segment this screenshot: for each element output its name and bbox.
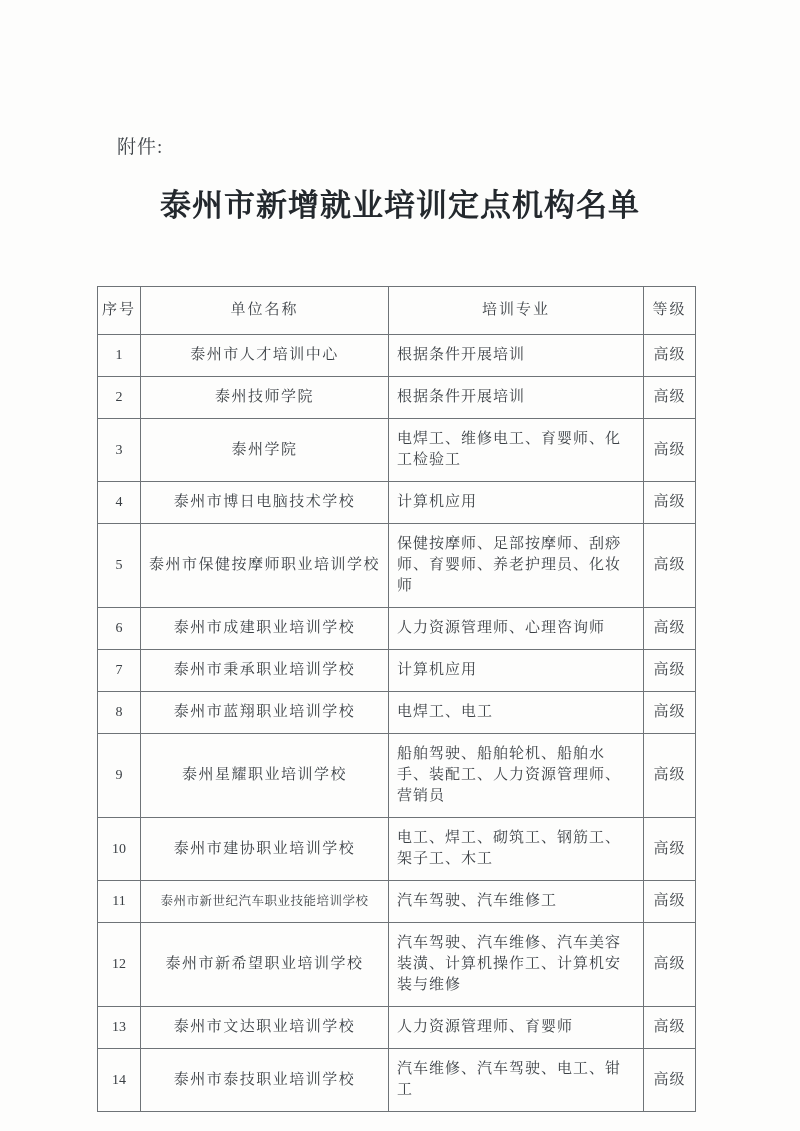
row-12-majors: 汽车驾驶、汽车维修、汽车美容装潢、计算机操作工、计算机安装与维修	[389, 923, 644, 1007]
row-11-no: 11	[98, 881, 141, 923]
row-9-majors: 船舶驾驶、船舶轮机、船舶水手、装配工、人力资源管理师、营销员	[389, 734, 644, 818]
row-12-no: 12	[98, 923, 141, 1007]
row-5-no: 5	[98, 524, 141, 608]
table-row: 3泰州学院电焊工、维修电工、育婴师、化工检验工高级	[98, 419, 696, 482]
row-4-no: 4	[98, 482, 141, 524]
table-header-row: 序号 单位名称 培训专业 等级	[98, 287, 696, 335]
row-10-name: 泰州市建协职业培训学校	[141, 818, 389, 881]
row-2-no: 2	[98, 377, 141, 419]
row-10-level: 高级	[644, 818, 696, 881]
row-6-no: 6	[98, 608, 141, 650]
row-4-level: 高级	[644, 482, 696, 524]
row-6-majors: 人力资源管理师、心理咨询师	[389, 608, 644, 650]
table-row: 2泰州技师学院根据条件开展培训高级	[98, 377, 696, 419]
table-row: 6泰州市成建职业培训学校人力资源管理师、心理咨询师高级	[98, 608, 696, 650]
document-page: 附件: 泰州市新增就业培训定点机构名单 序号 单位名称 培训专业 等级 1泰州市…	[0, 0, 800, 1131]
header-majors: 培训专业	[389, 287, 644, 335]
row-8-majors: 电焊工、电工	[389, 692, 644, 734]
row-10-majors: 电工、焊工、砌筑工、钢筋工、架子工、木工	[389, 818, 644, 881]
row-7-no: 7	[98, 650, 141, 692]
header-name: 单位名称	[141, 287, 389, 335]
table-row: 9泰州星耀职业培训学校船舶驾驶、船舶轮机、船舶水手、装配工、人力资源管理师、营销…	[98, 734, 696, 818]
row-14-level: 高级	[644, 1049, 696, 1112]
row-2-majors: 根据条件开展培训	[389, 377, 644, 419]
row-9-level: 高级	[644, 734, 696, 818]
table-row: 7泰州市秉承职业培训学校计算机应用高级	[98, 650, 696, 692]
table-body: 1泰州市人才培训中心根据条件开展培训高级2泰州技师学院根据条件开展培训高级3泰州…	[98, 335, 696, 1112]
row-8-name: 泰州市蓝翔职业培训学校	[141, 692, 389, 734]
row-3-name: 泰州学院	[141, 419, 389, 482]
row-9-name: 泰州星耀职业培训学校	[141, 734, 389, 818]
row-2-level: 高级	[644, 377, 696, 419]
row-14-name: 泰州市泰技职业培训学校	[141, 1049, 389, 1112]
table-row: 8泰州市蓝翔职业培训学校电焊工、电工高级	[98, 692, 696, 734]
row-1-name: 泰州市人才培训中心	[141, 335, 389, 377]
row-4-majors: 计算机应用	[389, 482, 644, 524]
institutions-table: 序号 单位名称 培训专业 等级 1泰州市人才培训中心根据条件开展培训高级2泰州技…	[97, 286, 696, 1112]
table-row: 4泰州市博日电脑技术学校计算机应用高级	[98, 482, 696, 524]
row-10-no: 10	[98, 818, 141, 881]
row-7-level: 高级	[644, 650, 696, 692]
attachment-label: 附件:	[117, 132, 163, 159]
row-2-name: 泰州技师学院	[141, 377, 389, 419]
table-row: 1泰州市人才培训中心根据条件开展培训高级	[98, 335, 696, 377]
row-13-name: 泰州市文达职业培训学校	[141, 1007, 389, 1049]
row-8-level: 高级	[644, 692, 696, 734]
row-1-majors: 根据条件开展培训	[389, 335, 644, 377]
row-11-majors: 汽车驾驶、汽车维修工	[389, 881, 644, 923]
row-14-no: 14	[98, 1049, 141, 1112]
row-6-level: 高级	[644, 608, 696, 650]
row-1-level: 高级	[644, 335, 696, 377]
row-5-level: 高级	[644, 524, 696, 608]
table-row: 10泰州市建协职业培训学校电工、焊工、砌筑工、钢筋工、架子工、木工高级	[98, 818, 696, 881]
table-row: 12泰州市新希望职业培训学校汽车驾驶、汽车维修、汽车美容装潢、计算机操作工、计算…	[98, 923, 696, 1007]
row-4-name: 泰州市博日电脑技术学校	[141, 482, 389, 524]
row-5-name: 泰州市保健按摩师职业培训学校	[141, 524, 389, 608]
row-1-no: 1	[98, 335, 141, 377]
row-12-name: 泰州市新希望职业培训学校	[141, 923, 389, 1007]
row-8-no: 8	[98, 692, 141, 734]
table-row: 14泰州市泰技职业培训学校汽车维修、汽车驾驶、电工、钳工高级	[98, 1049, 696, 1112]
row-6-name: 泰州市成建职业培训学校	[141, 608, 389, 650]
row-9-no: 9	[98, 734, 141, 818]
table-row: 5泰州市保健按摩师职业培训学校保健按摩师、足部按摩师、刮痧师、育婴师、养老护理员…	[98, 524, 696, 608]
header-no: 序号	[98, 287, 141, 335]
row-13-no: 13	[98, 1007, 141, 1049]
row-3-no: 3	[98, 419, 141, 482]
row-13-level: 高级	[644, 1007, 696, 1049]
table-row: 13泰州市文达职业培训学校人力资源管理师、育婴师高级	[98, 1007, 696, 1049]
row-11-name: 泰州市新世纪汽车职业技能培训学校	[141, 881, 389, 923]
row-13-majors: 人力资源管理师、育婴师	[389, 1007, 644, 1049]
header-level: 等级	[644, 287, 696, 335]
row-14-majors: 汽车维修、汽车驾驶、电工、钳工	[389, 1049, 644, 1112]
row-7-majors: 计算机应用	[389, 650, 644, 692]
row-5-majors: 保健按摩师、足部按摩师、刮痧师、育婴师、养老护理员、化妆师	[389, 524, 644, 608]
row-11-level: 高级	[644, 881, 696, 923]
row-7-name: 泰州市秉承职业培训学校	[141, 650, 389, 692]
row-3-level: 高级	[644, 419, 696, 482]
page-title: 泰州市新增就业培训定点机构名单	[0, 180, 800, 225]
row-3-majors: 电焊工、维修电工、育婴师、化工检验工	[389, 419, 644, 482]
row-12-level: 高级	[644, 923, 696, 1007]
table-row: 11泰州市新世纪汽车职业技能培训学校汽车驾驶、汽车维修工高级	[98, 881, 696, 923]
